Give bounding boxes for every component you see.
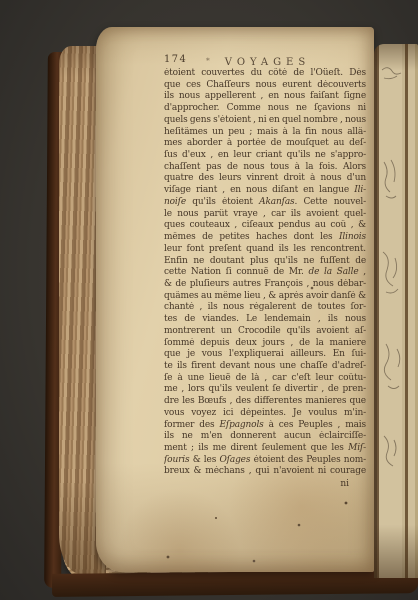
text-line: ſe à une lieuë de là , car c'eſt leur co… bbox=[164, 373, 366, 385]
text-line: te ils firent devant nous une chaſſe d'a… bbox=[164, 361, 366, 373]
text-segment: le nous parût vraye , car ils avoient qu… bbox=[164, 209, 366, 219]
text-line: le nous parût vraye , car ils avoient qu… bbox=[164, 209, 366, 221]
text-segment: tes de viandes. Le lendemain , ils nous bbox=[164, 314, 366, 324]
text-segment: quâmes au même lieu , & aprés avoir danſ… bbox=[164, 291, 366, 301]
text-segment: à ces Peuples , mais bbox=[264, 420, 366, 430]
text-line: chaſſent pas de nous tous à la fois. Alo… bbox=[164, 162, 366, 174]
text-segment: Enfin ne doutant plus qu'ils ne fuſſent … bbox=[164, 256, 366, 266]
text-line: que je vous l'expliquerai ailleurs. En ſ… bbox=[164, 349, 366, 361]
text-line: ques couteaux , ciſeaux pendus au coû , … bbox=[164, 220, 366, 232]
text-line: Enfin ne doutant plus qu'ils ne fuſſent … bbox=[164, 256, 366, 268]
text-segment: leur font preſent quand ils les rencontr… bbox=[164, 244, 366, 254]
text-line: ment ; ils me dirent ſeulement que les M… bbox=[164, 443, 366, 455]
text-line: heſitâmes un peu ; mais à la fin nous al… bbox=[164, 127, 366, 139]
italic-word: Ili- bbox=[354, 185, 366, 195]
text-segment: qu'ils étoient bbox=[186, 197, 259, 207]
text-segment: ſommé depuis deux jours , de la maniere bbox=[164, 338, 366, 348]
text-line: ils ne m'en donnerent aucun éclairciſſe- bbox=[164, 431, 366, 443]
italic-word: Eſpagnols bbox=[219, 420, 263, 430]
book-photograph: 174 * VOYAGES étoient couvertes du côté … bbox=[0, 0, 418, 600]
text-segment: . Cette nouvel- bbox=[295, 197, 366, 207]
text-segment: chaſſent pas de nous tous à la fois. Alo… bbox=[164, 162, 366, 172]
text-line: ſommé depuis deux jours , de la maniere bbox=[164, 338, 366, 350]
text-segment: que je vous l'expliquerai ailleurs. En ſ… bbox=[164, 349, 366, 359]
text-segment: viſage riant , en nous diſant en langue bbox=[164, 185, 354, 195]
text-line: chanté , ils nous régalerent de toutes ſ… bbox=[164, 302, 366, 314]
text-segment: mes aborder à portée de mouſquet au deſ- bbox=[164, 138, 366, 148]
paper-specks bbox=[215, 517, 217, 519]
engraving-fragment-icon bbox=[374, 44, 418, 578]
text-segment: ils nous appellerent , en nous faiſant ſ… bbox=[164, 91, 366, 101]
text-line: étoient couvertes du côté de l'Oüeſt. Dè… bbox=[164, 68, 366, 80]
text-line: que ces Chaſſeurs nous eurent découverts bbox=[164, 80, 366, 92]
text-line: dre les Bœufs , des differentes manieres… bbox=[164, 396, 366, 408]
italic-word: Ilinois bbox=[339, 232, 366, 242]
text-line: tes de viandes. Le lendemain , ils nous bbox=[164, 314, 366, 326]
page-header: 174 * VOYAGES bbox=[164, 53, 366, 66]
text-line: viſage riant , en nous diſant en langue … bbox=[164, 185, 366, 197]
text-line: mêmes de petites haches dont les Ilinois bbox=[164, 232, 366, 244]
text-line: me , lors qu'ils veulent ſe divertir , d… bbox=[164, 384, 366, 396]
text-line: quels gens s'étoient , ni en quel nombre… bbox=[164, 115, 366, 127]
text-line: noiſe qu'ils étoient Akanſas. Cette nouv… bbox=[164, 197, 366, 209]
text-segment: d'approcher. Comme nous ne ſçavions ni bbox=[164, 103, 366, 113]
italic-word: noiſe bbox=[164, 197, 186, 207]
text-segment: breux & méchans , qui n'avoient ni coura… bbox=[164, 466, 366, 476]
text-segment: étoient des Peuples nom- bbox=[250, 455, 366, 465]
text-segment: & de pluſieurs autres François , nous dé… bbox=[164, 279, 366, 289]
text-line: ſus d'eux , en leur criant qu'ils ne s'a… bbox=[164, 150, 366, 162]
text-line: & de pluſieurs autres François , nous dé… bbox=[164, 279, 366, 291]
text-segment: cette Nation ſi connuë de Mr. bbox=[164, 267, 309, 277]
text-segment: te ils firent devant nous une chaſſe d'a… bbox=[164, 361, 366, 371]
text-line: former des Eſpagnols à ces Peuples , mai… bbox=[164, 420, 366, 432]
running-title: VOYAGES bbox=[220, 57, 310, 68]
text-line: mes aborder à portée de mouſquet au deſ- bbox=[164, 138, 366, 150]
italic-word: Miſ- bbox=[348, 443, 366, 453]
text-line: cette Nation ſi connuë de Mr. de la Sall… bbox=[164, 267, 366, 279]
text-line: ſouris & les Oſages étoient des Peuples … bbox=[164, 455, 366, 467]
text-line: montrerent un Crocodile qu'ils avoient a… bbox=[164, 326, 366, 338]
italic-word: de la Salle bbox=[309, 267, 359, 277]
text-segment: ils ne m'en donnerent aucun éclairciſſe- bbox=[164, 431, 366, 441]
text-segment: montrerent un Crocodile qu'ils avoient a… bbox=[164, 326, 366, 336]
text-segment: étoient couvertes du côté de l'Oüeſt. Dè… bbox=[164, 68, 366, 78]
text-segment: heſitâmes un peu ; mais à la fin nous al… bbox=[164, 127, 366, 137]
book-cover-bottom bbox=[52, 570, 418, 597]
italic-word: ſouris bbox=[164, 455, 189, 465]
text-line: leur font preſent quand ils les rencontr… bbox=[164, 244, 366, 256]
text-segment: chanté , ils nous régalerent de toutes ſ… bbox=[164, 302, 366, 312]
catchword: ni bbox=[164, 478, 366, 490]
text-segment: ſe à une lieuë de là , car c'eſt leur co… bbox=[164, 373, 366, 383]
header-ornament-icon: * bbox=[206, 54, 210, 67]
text-segment: dre les Bœufs , des differentes manieres… bbox=[164, 396, 366, 406]
facing-page-sliver bbox=[374, 44, 418, 578]
text-segment: que ces Chaſſeurs nous eurent découverts bbox=[164, 80, 366, 90]
text-segment: me , lors qu'ils veulent ſe divertir , d… bbox=[164, 384, 366, 394]
text-segment: ſus d'eux , en leur criant qu'ils ne s'a… bbox=[164, 150, 366, 160]
book-page: 174 * VOYAGES étoient couvertes du côté … bbox=[96, 27, 374, 572]
text-line: quâmes au même lieu , & aprés avoir danſ… bbox=[164, 291, 366, 303]
text-line: vous voyez ici dépeintes. Je voulus m'in… bbox=[164, 408, 366, 420]
text-lines: étoient couvertes du côté de l'Oüeſt. Dè… bbox=[164, 68, 366, 478]
text-segment: former des bbox=[164, 420, 219, 430]
text-segment: & les bbox=[189, 455, 219, 465]
text-segment: ment ; ils me dirent ſeulement que les bbox=[164, 443, 348, 453]
text-segment: ques couteaux , ciſeaux pendus au coû , … bbox=[164, 220, 366, 230]
text-segment: mêmes de petites haches dont les bbox=[164, 232, 339, 242]
text-line: ils nous appellerent , en nous faiſant ſ… bbox=[164, 91, 366, 103]
text-line: breux & méchans , qui n'avoient ni coura… bbox=[164, 466, 366, 478]
text-line: d'approcher. Comme nous ne ſçavions ni bbox=[164, 103, 366, 115]
text-block: 174 * VOYAGES étoient couvertes du côté … bbox=[164, 53, 366, 490]
text-segment: , bbox=[359, 267, 366, 277]
italic-word: Akanſas bbox=[259, 197, 294, 207]
text-segment: vous voyez ici dépeintes. Je voulus m'in… bbox=[164, 408, 366, 418]
text-segment: quatre des leurs vinrent droit à nous d'… bbox=[164, 173, 366, 183]
italic-word: Oſages bbox=[219, 455, 250, 465]
folio-number: 174 bbox=[164, 53, 187, 66]
text-segment: quels gens s'étoient , ni en quel nombre… bbox=[164, 115, 366, 125]
text-line: quatre des leurs vinrent droit à nous d'… bbox=[164, 173, 366, 185]
